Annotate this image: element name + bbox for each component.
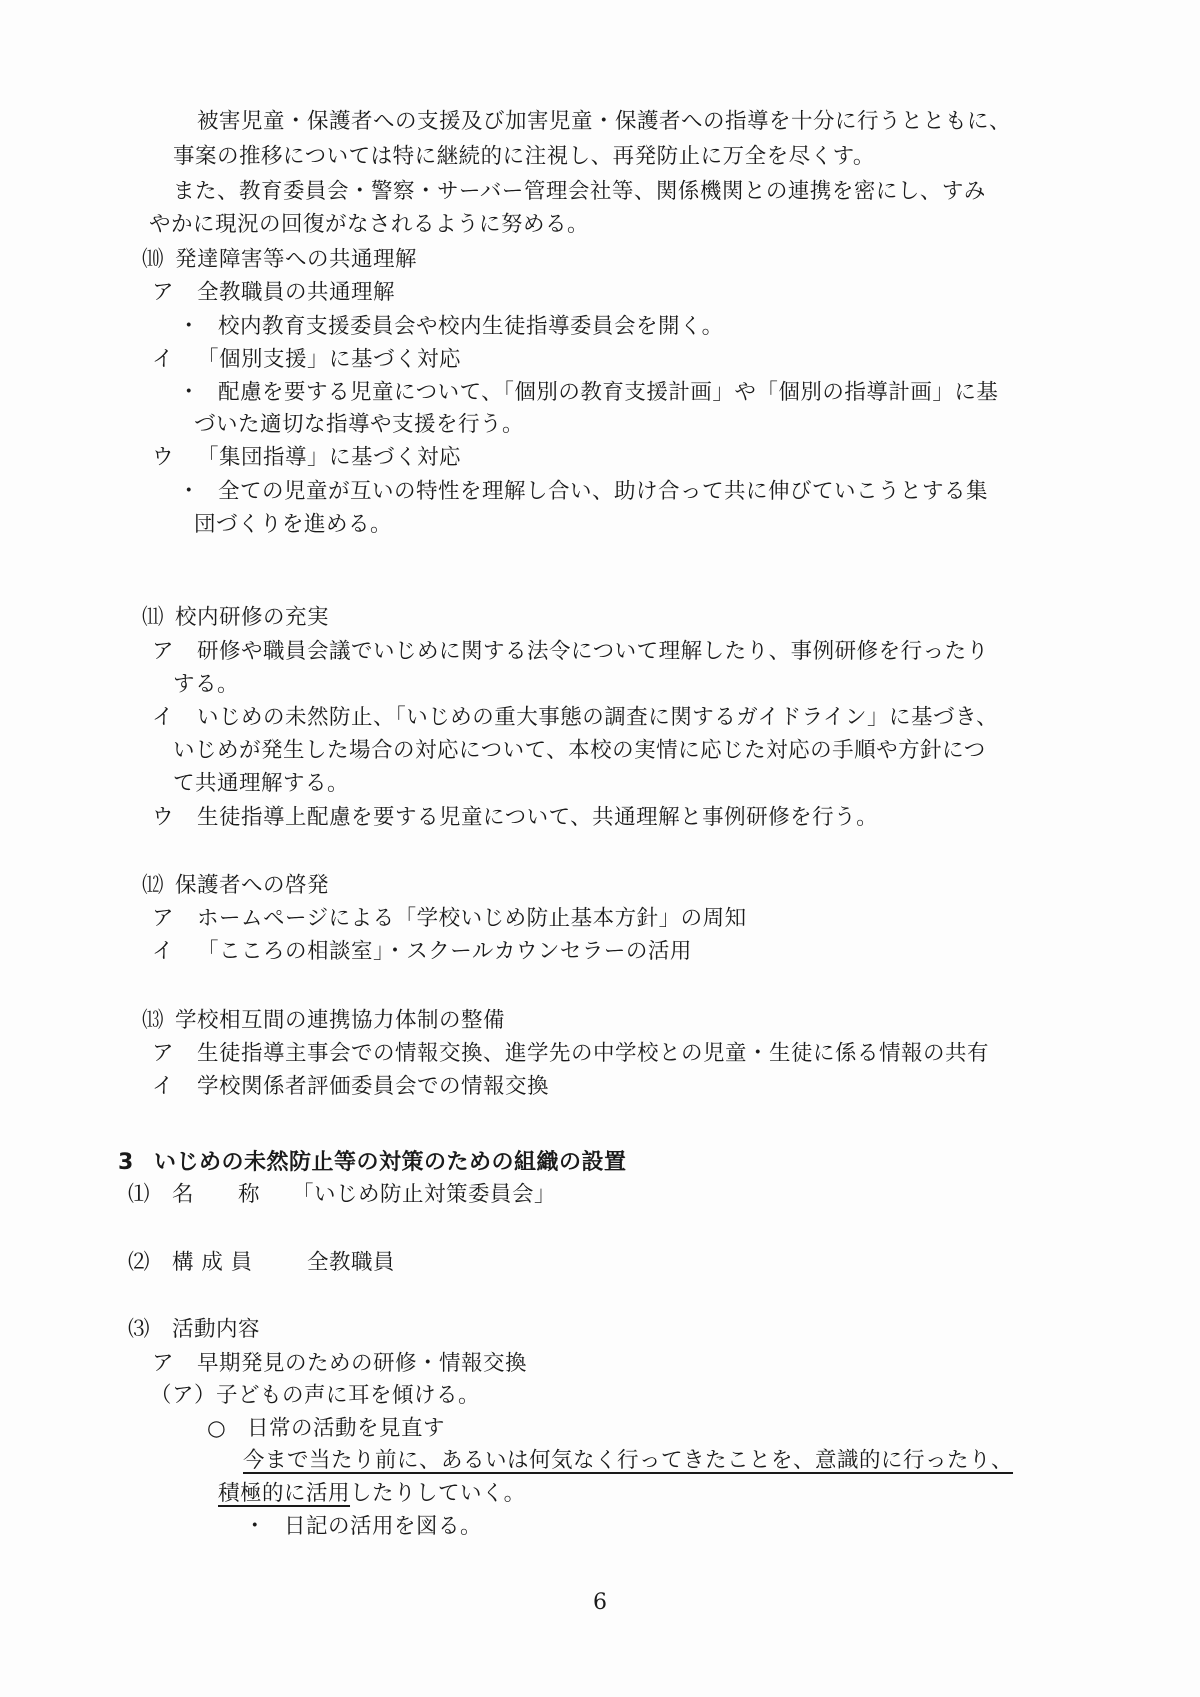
chapter-3-name-row: ⑴名 称「いじめ防止対策委員会」	[128, 1180, 556, 1210]
section-number: ⒀	[142, 1006, 175, 1036]
item-label: 早期発見のための研修・情報交換	[197, 1351, 527, 1376]
intro-paragraph-1-line-1: 被害児童・保護者への支援及び加害児童・保護者への指導を十分に行うとともに、	[197, 107, 1011, 137]
item-marker: ア	[152, 1349, 197, 1379]
item-marker: ウ	[152, 803, 197, 833]
bullet-marker: ・	[244, 1512, 284, 1542]
field-label: 構 成 員	[172, 1248, 307, 1278]
sub-number: ⑶	[128, 1315, 172, 1345]
intro-paragraph-2-line-1: また、教育委員会・警察・サーバー管理会社等、関係機関との連携を密にし、すみ	[173, 177, 986, 207]
section-10-item-i: イ「個別支援」に基づく対応	[152, 345, 461, 375]
field-label: 名 称	[172, 1180, 292, 1210]
bullet-marker: ・	[178, 378, 218, 408]
section-12-item-a: アホームページによる「学校いじめ防止基本方針」の周知	[152, 904, 747, 934]
section-number: ⑿	[142, 871, 175, 901]
item-label: 全教職員の共通理解	[197, 280, 395, 305]
chapter-number: 3	[118, 1148, 154, 1178]
item-marker: ア	[152, 1039, 197, 1069]
section-11-item-i-line-2: いじめが発生した場合の対応について、本校の実情に応じた対応の手順や方針につ	[173, 736, 986, 766]
section-10-item-i-bullet-line-1: ・配慮を要する児童について、「個別の教育支援計画」や「個別の指導計画」に基	[178, 378, 998, 408]
chapter-3-activities-heading: ⑶活動内容	[128, 1315, 260, 1345]
chapter-title: いじめの未然防止等の対策のための組織の設置	[154, 1150, 627, 1175]
section-10-item-u-bullet-line-1: ・全ての児童が互いの特性を理解し合い、助け合って共に伸びていこうとする集	[178, 477, 988, 507]
intro-paragraph-1-line-2: 事案の推移については特に継続的に注視し、再発防止に万全を尽くす。	[173, 142, 875, 172]
section-11-item-a-line-1: ア研修や職員会議でいじめに関する法令について理解したり、事例研修を行ったり	[152, 637, 989, 667]
section-13-item-a: ア生徒指導主事会での情報交換、進学先の中学校との児童・生徒に係る情報の共有	[152, 1039, 989, 1069]
document-page: 被害児童・保護者への支援及び加害児童・保護者への指導を十分に行うとともに、 事案…	[0, 0, 1200, 1697]
plain-text: したりしていく。	[350, 1481, 526, 1506]
section-12-item-i: イ「こころの相談室」・スクールカウンセラーの活用	[152, 937, 692, 967]
bullet-marker: ・	[178, 477, 218, 507]
bullet-text: 日記の活用を図る。	[284, 1514, 482, 1539]
item-marker: イ	[152, 1072, 197, 1102]
sub-title: 活動内容	[172, 1317, 260, 1342]
item-label: 日常の活動を見直す	[247, 1416, 445, 1441]
chapter-3-heading: 3いじめの未然防止等の対策のための組織の設置	[118, 1148, 627, 1178]
item-text: いじめの未然防止、「いじめの重大事態の調査に関するガイドライン」に基づき、	[197, 705, 998, 730]
section-title: 校内研修の充実	[175, 605, 329, 630]
section-number: ⑽	[142, 245, 175, 275]
chapter-3-members-row: ⑵構 成 員全教職員	[128, 1248, 395, 1278]
bullet-text: 全ての児童が互いの特性を理解し合い、助け合って共に伸びていこうとする集	[218, 479, 988, 504]
section-11-heading: ⑾校内研修の充実	[142, 603, 329, 633]
item-text: 学校関係者評価委員会での情報交換	[197, 1074, 549, 1099]
activities-item-a1: （ア）子どもの声に耳を傾ける。	[150, 1381, 480, 1411]
bullet-text: 校内教育支援委員会や校内生徒指導委員会を開く。	[218, 314, 724, 339]
section-12-heading: ⑿保護者への啓発	[142, 871, 329, 901]
activities-underlined-line-1: 今まで当たり前に、あるいは何気なく行ってきたことを、意識的に行ったり、	[243, 1446, 1013, 1476]
item-label: 子どもの声に耳を傾ける。	[216, 1383, 480, 1408]
activities-item-a: ア早期発見のための研修・情報交換	[152, 1349, 527, 1379]
section-number: ⑾	[142, 603, 175, 633]
item-marker: イ	[152, 937, 197, 967]
item-text: 生徒指導上配慮を要する児童について、共通理解と事例研修を行う。	[197, 805, 878, 830]
item-label: 「集団指導」に基づく対応	[197, 445, 461, 470]
section-13-item-i: イ学校関係者評価委員会での情報交換	[152, 1072, 549, 1102]
section-10-item-a-bullet: ・校内教育支援委員会や校内生徒指導委員会を開く。	[178, 312, 724, 342]
activities-line-2: 積極的に活用したりしていく。	[218, 1479, 526, 1509]
item-text: 「こころの相談室」・スクールカウンセラーの活用	[197, 939, 692, 964]
section-11-item-i-line-1: イいじめの未然防止、「いじめの重大事態の調査に関するガイドライン」に基づき、	[152, 703, 998, 733]
item-marker: ア	[152, 278, 197, 308]
section-11-item-a-line-2: する。	[173, 670, 239, 700]
section-10-item-i-bullet-line-2: づいた適切な指導や支援を行う。	[194, 410, 524, 440]
section-13-heading: ⒀学校相互間の連携協力体制の整備	[142, 1006, 505, 1036]
page-number: 6	[0, 1590, 1200, 1615]
section-title: 発達障害等への共通理解	[175, 247, 417, 272]
section-title: 保護者への啓発	[175, 873, 329, 898]
underlined-text: 積極的に活用	[218, 1481, 350, 1506]
bullet-marker: ・	[178, 312, 218, 342]
bullet-text: 配慮を要する児童について、「個別の教育支援計画」や「個別の指導計画」に基	[218, 380, 998, 405]
item-marker: ウ	[152, 443, 197, 473]
section-10-item-a: ア全教職員の共通理解	[152, 278, 395, 308]
item-text: 研修や職員会議でいじめに関する法令について理解したり、事例研修を行ったり	[197, 639, 989, 664]
field-value: 「いじめ防止対策委員会」	[292, 1182, 556, 1207]
activities-bullet: ・日記の活用を図る。	[244, 1512, 482, 1542]
item-marker: ア	[152, 904, 197, 934]
section-10-item-u-bullet-line-2: 団づくりを進める。	[194, 510, 392, 540]
field-value: 全教職員	[307, 1250, 395, 1275]
sub-number: ⑵	[128, 1248, 172, 1278]
section-11-item-u: ウ生徒指導上配慮を要する児童について、共通理解と事例研修を行う。	[152, 803, 878, 833]
item-label: 「個別支援」に基づく対応	[197, 347, 461, 372]
section-title: 学校相互間の連携協力体制の整備	[175, 1008, 505, 1033]
circle-marker: ○	[207, 1414, 247, 1444]
item-marker: イ	[152, 345, 197, 375]
section-10-heading: ⑽発達障害等への共通理解	[142, 245, 417, 275]
item-text: 生徒指導主事会での情報交換、進学先の中学校との児童・生徒に係る情報の共有	[197, 1041, 989, 1066]
item-marker: ア	[152, 637, 197, 667]
section-11-item-i-line-3: て共通理解する。	[173, 769, 349, 799]
activities-circle-item: ○日常の活動を見直す	[207, 1414, 445, 1444]
section-10-item-u: ウ「集団指導」に基づく対応	[152, 443, 461, 473]
item-text: ホームページによる「学校いじめ防止基本方針」の周知	[197, 906, 747, 931]
sub-number: ⑴	[128, 1180, 172, 1210]
intro-paragraph-2-line-2: やかに現況の回復がなされるように努める。	[149, 210, 589, 240]
item-marker: イ	[152, 703, 197, 733]
item-marker: （ア）	[150, 1381, 216, 1411]
